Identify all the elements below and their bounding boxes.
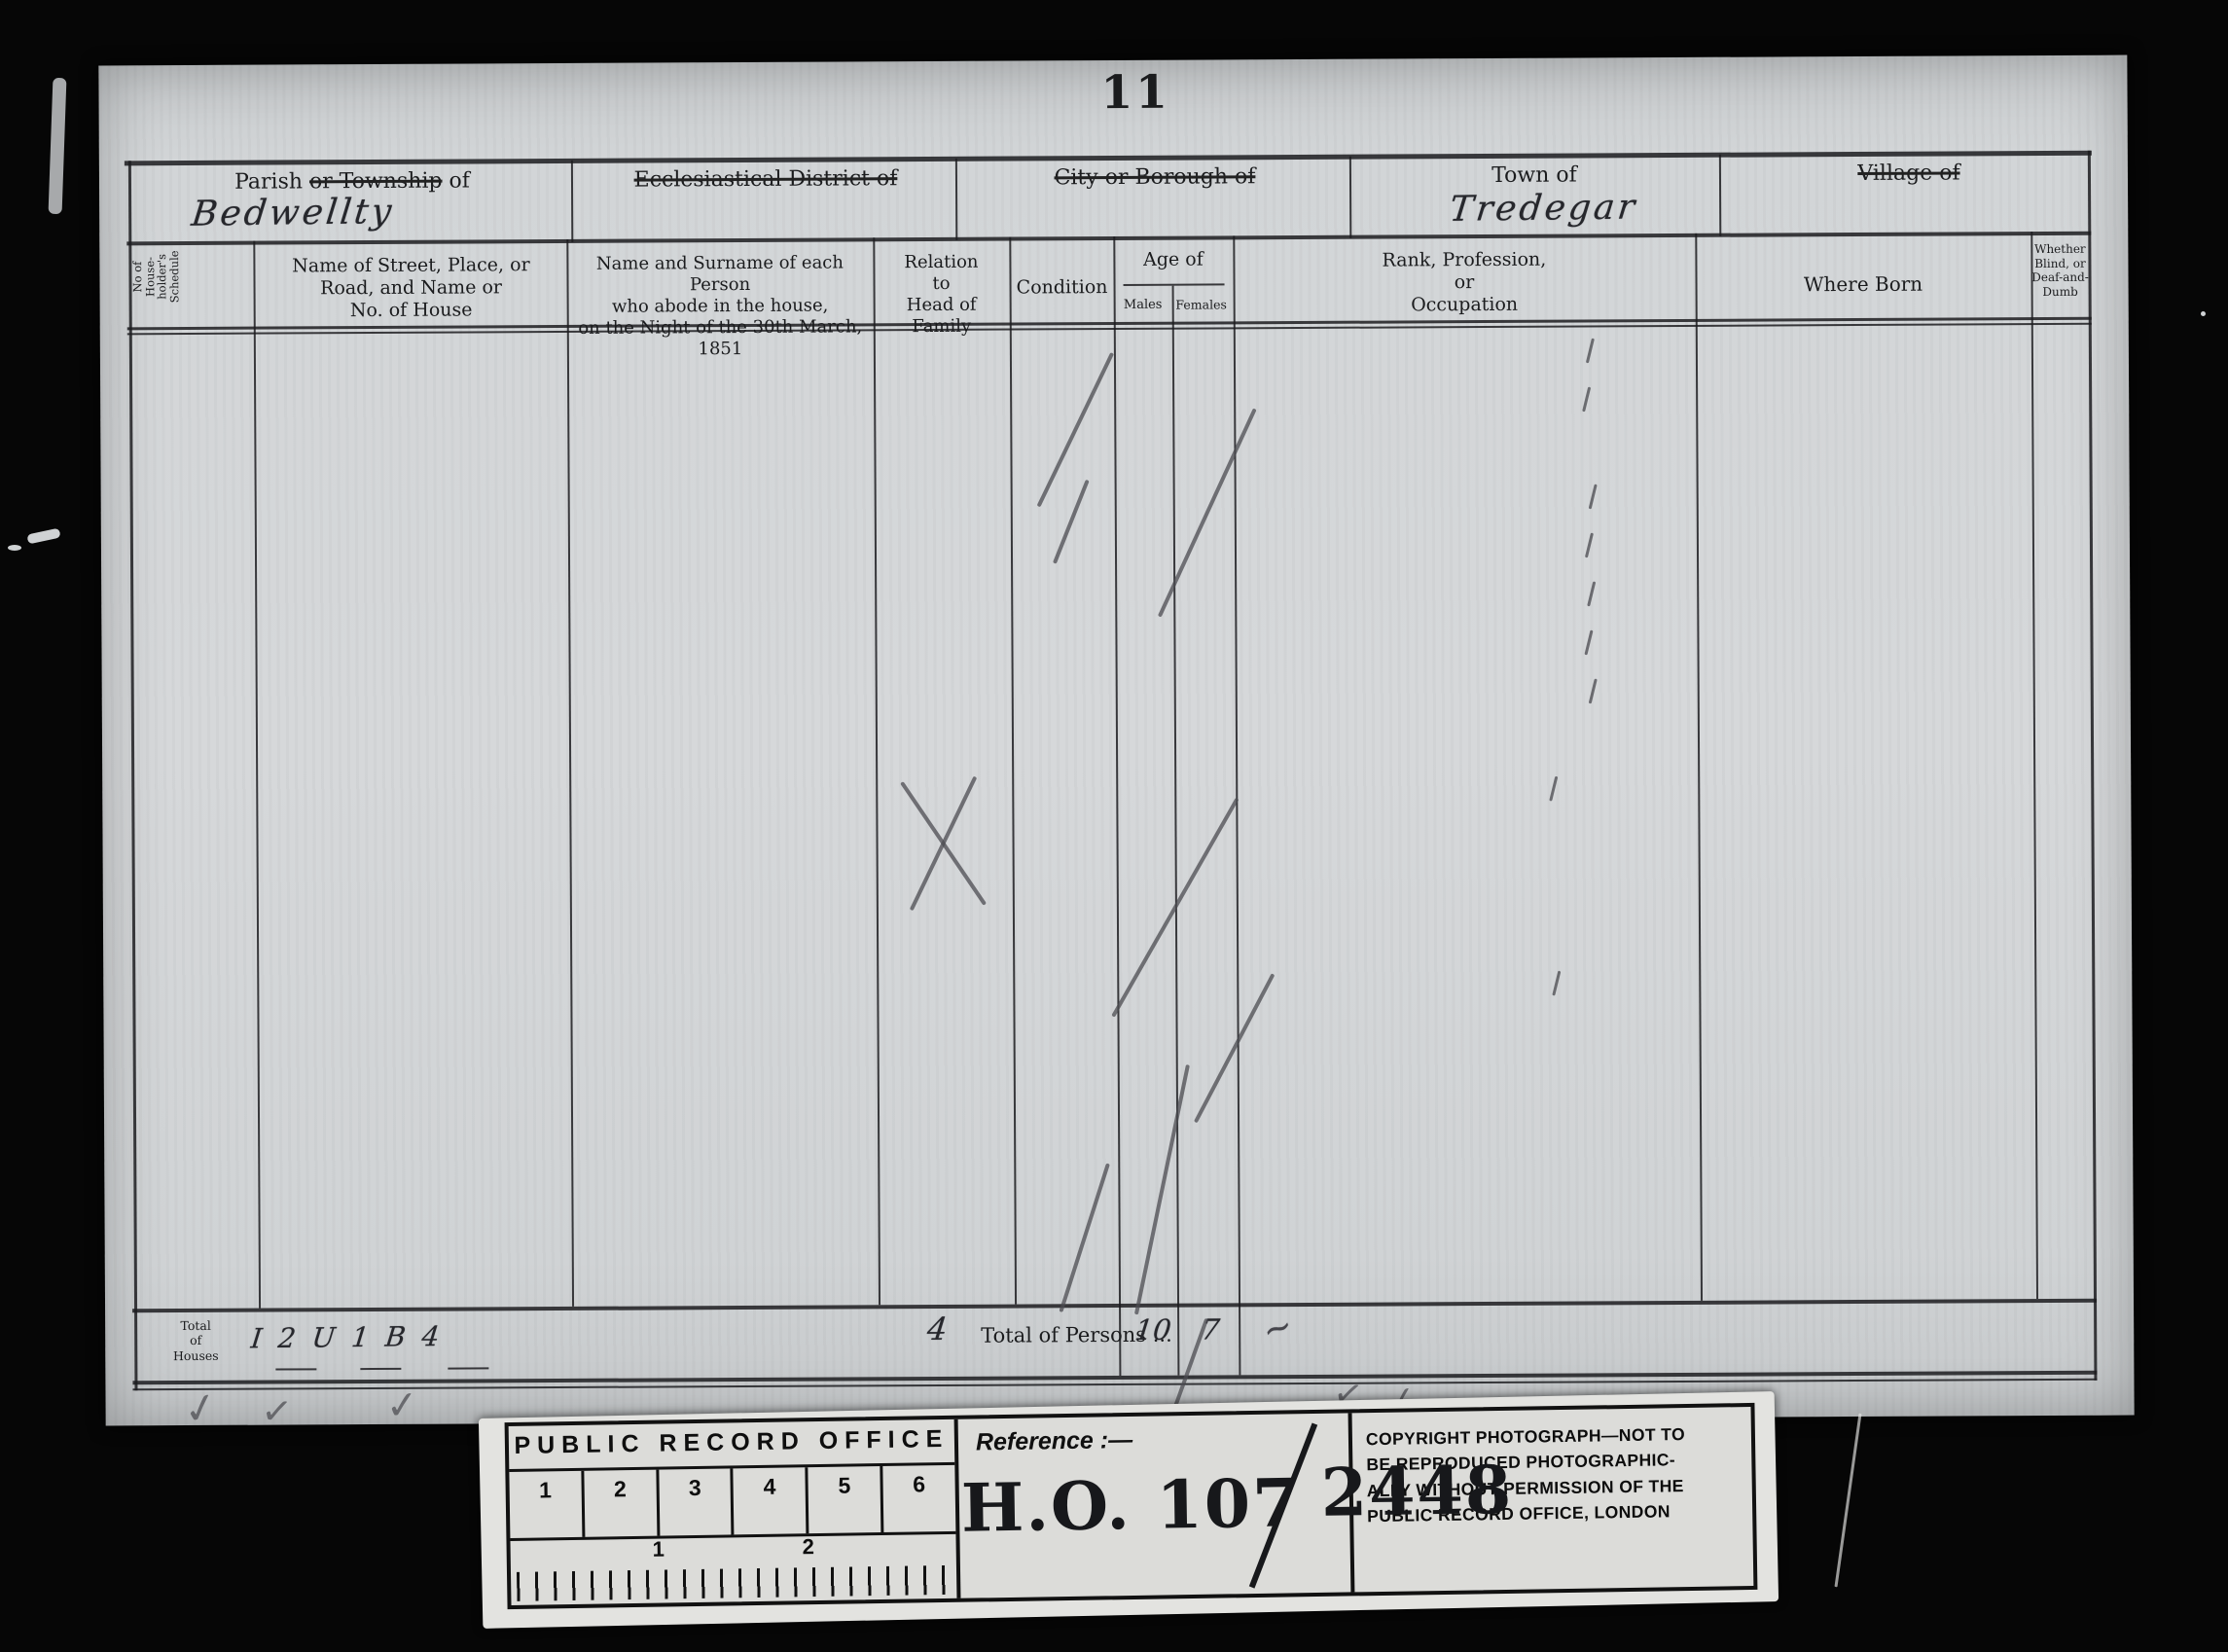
col-header-born: Where Born bbox=[1695, 271, 2030, 297]
town-value: Tredegar bbox=[1448, 188, 1639, 230]
census-page: 11 Parish or Township of Bedwellty Eccle… bbox=[98, 55, 2134, 1426]
inch-ruler-number: 1 bbox=[509, 1471, 585, 1538]
cm-ruler-number: 2 bbox=[802, 1534, 814, 1560]
pencil-check-mark: ✓ bbox=[259, 1388, 294, 1425]
total-persons-males: 10 bbox=[1125, 1312, 1181, 1347]
total-houses-value: I 2 U 1 B 4 bbox=[249, 1320, 445, 1354]
pencil-check-mark: ✓ bbox=[384, 1383, 420, 1426]
pro-ruler-section: PUBLIC RECORD OFFICE 1 2 3 4 5 6 1 2 bbox=[509, 1419, 961, 1605]
city-borough-header: City or Borough of bbox=[975, 164, 1335, 193]
cm-ruler: 1 2 bbox=[510, 1530, 956, 1605]
reference-label: Reference :— bbox=[976, 1426, 1133, 1457]
pro-reference-section: Reference :— H.O. 107 2448 bbox=[958, 1413, 1355, 1598]
town-header: Town of bbox=[1364, 162, 1705, 191]
film-dust bbox=[49, 78, 67, 214]
inch-ruler-number: 6 bbox=[882, 1465, 955, 1532]
col-header-age-females: Females bbox=[1170, 297, 1233, 312]
total-houses-label: Total of Houses bbox=[136, 1318, 255, 1363]
film-dust bbox=[26, 528, 60, 545]
film-scratch bbox=[1834, 1414, 1861, 1588]
parish-header: Parish or Township of bbox=[158, 168, 547, 195]
census-photograph: 11 Parish or Township of Bedwellty Eccle… bbox=[0, 0, 2228, 1652]
col-header-schedule: No of House- holder's Schedule bbox=[131, 198, 181, 354]
col-header-relation: Relation to Head of Family bbox=[876, 252, 1006, 339]
inch-ruler-number: 3 bbox=[659, 1468, 735, 1535]
tally-check-squiggle: ~ bbox=[1257, 1305, 1298, 1351]
census-rows bbox=[129, 323, 2096, 1307]
cm-ruler-ticks bbox=[517, 1565, 951, 1601]
parish-of-label: of bbox=[442, 168, 470, 193]
col-header-condition: Condition bbox=[1013, 276, 1112, 300]
parish-value: Bedwellty bbox=[190, 192, 396, 234]
total-schedules-value: 4 bbox=[925, 1311, 950, 1347]
village-header: Village of bbox=[1743, 161, 2074, 189]
col-header-blind: Whether Blind, or Deaf-and- Dumb bbox=[2029, 242, 2091, 300]
inch-ruler-number: 2 bbox=[584, 1470, 660, 1537]
reference-series-stamp: H.O. 107 bbox=[960, 1464, 1301, 1547]
public-record-office-strip: PUBLIC RECORD OFFICE 1 2 3 4 5 6 1 2 Ref… bbox=[505, 1403, 1758, 1609]
pro-office-title: PUBLIC RECORD OFFICE bbox=[509, 1425, 954, 1460]
parish-struck-label: or Township bbox=[309, 169, 443, 195]
parish-label: Parish bbox=[234, 169, 309, 194]
col-header-age: Age of bbox=[1113, 248, 1233, 271]
film-dust bbox=[2201, 311, 2206, 316]
col-header-street: Name of Street, Place, or Road, and Name… bbox=[260, 254, 561, 323]
inch-ruler-number: 5 bbox=[809, 1466, 884, 1533]
page-number: 11 bbox=[1100, 66, 1170, 120]
inch-ruler-number: 4 bbox=[734, 1467, 809, 1534]
cm-ruler-number: 1 bbox=[652, 1537, 665, 1562]
col-header-occupation: Rank, Profession, or Occupation bbox=[1233, 248, 1695, 318]
film-dust bbox=[8, 545, 21, 551]
total-persons-females: 7 bbox=[1181, 1312, 1240, 1347]
ecclesiastical-header: Ecclesiastical District of bbox=[586, 166, 946, 195]
col-header-age-males: Males bbox=[1114, 298, 1172, 313]
inch-ruler: 1 2 3 4 5 6 bbox=[509, 1462, 955, 1541]
reference-piece-stamp: 2448 bbox=[1320, 1452, 1513, 1532]
